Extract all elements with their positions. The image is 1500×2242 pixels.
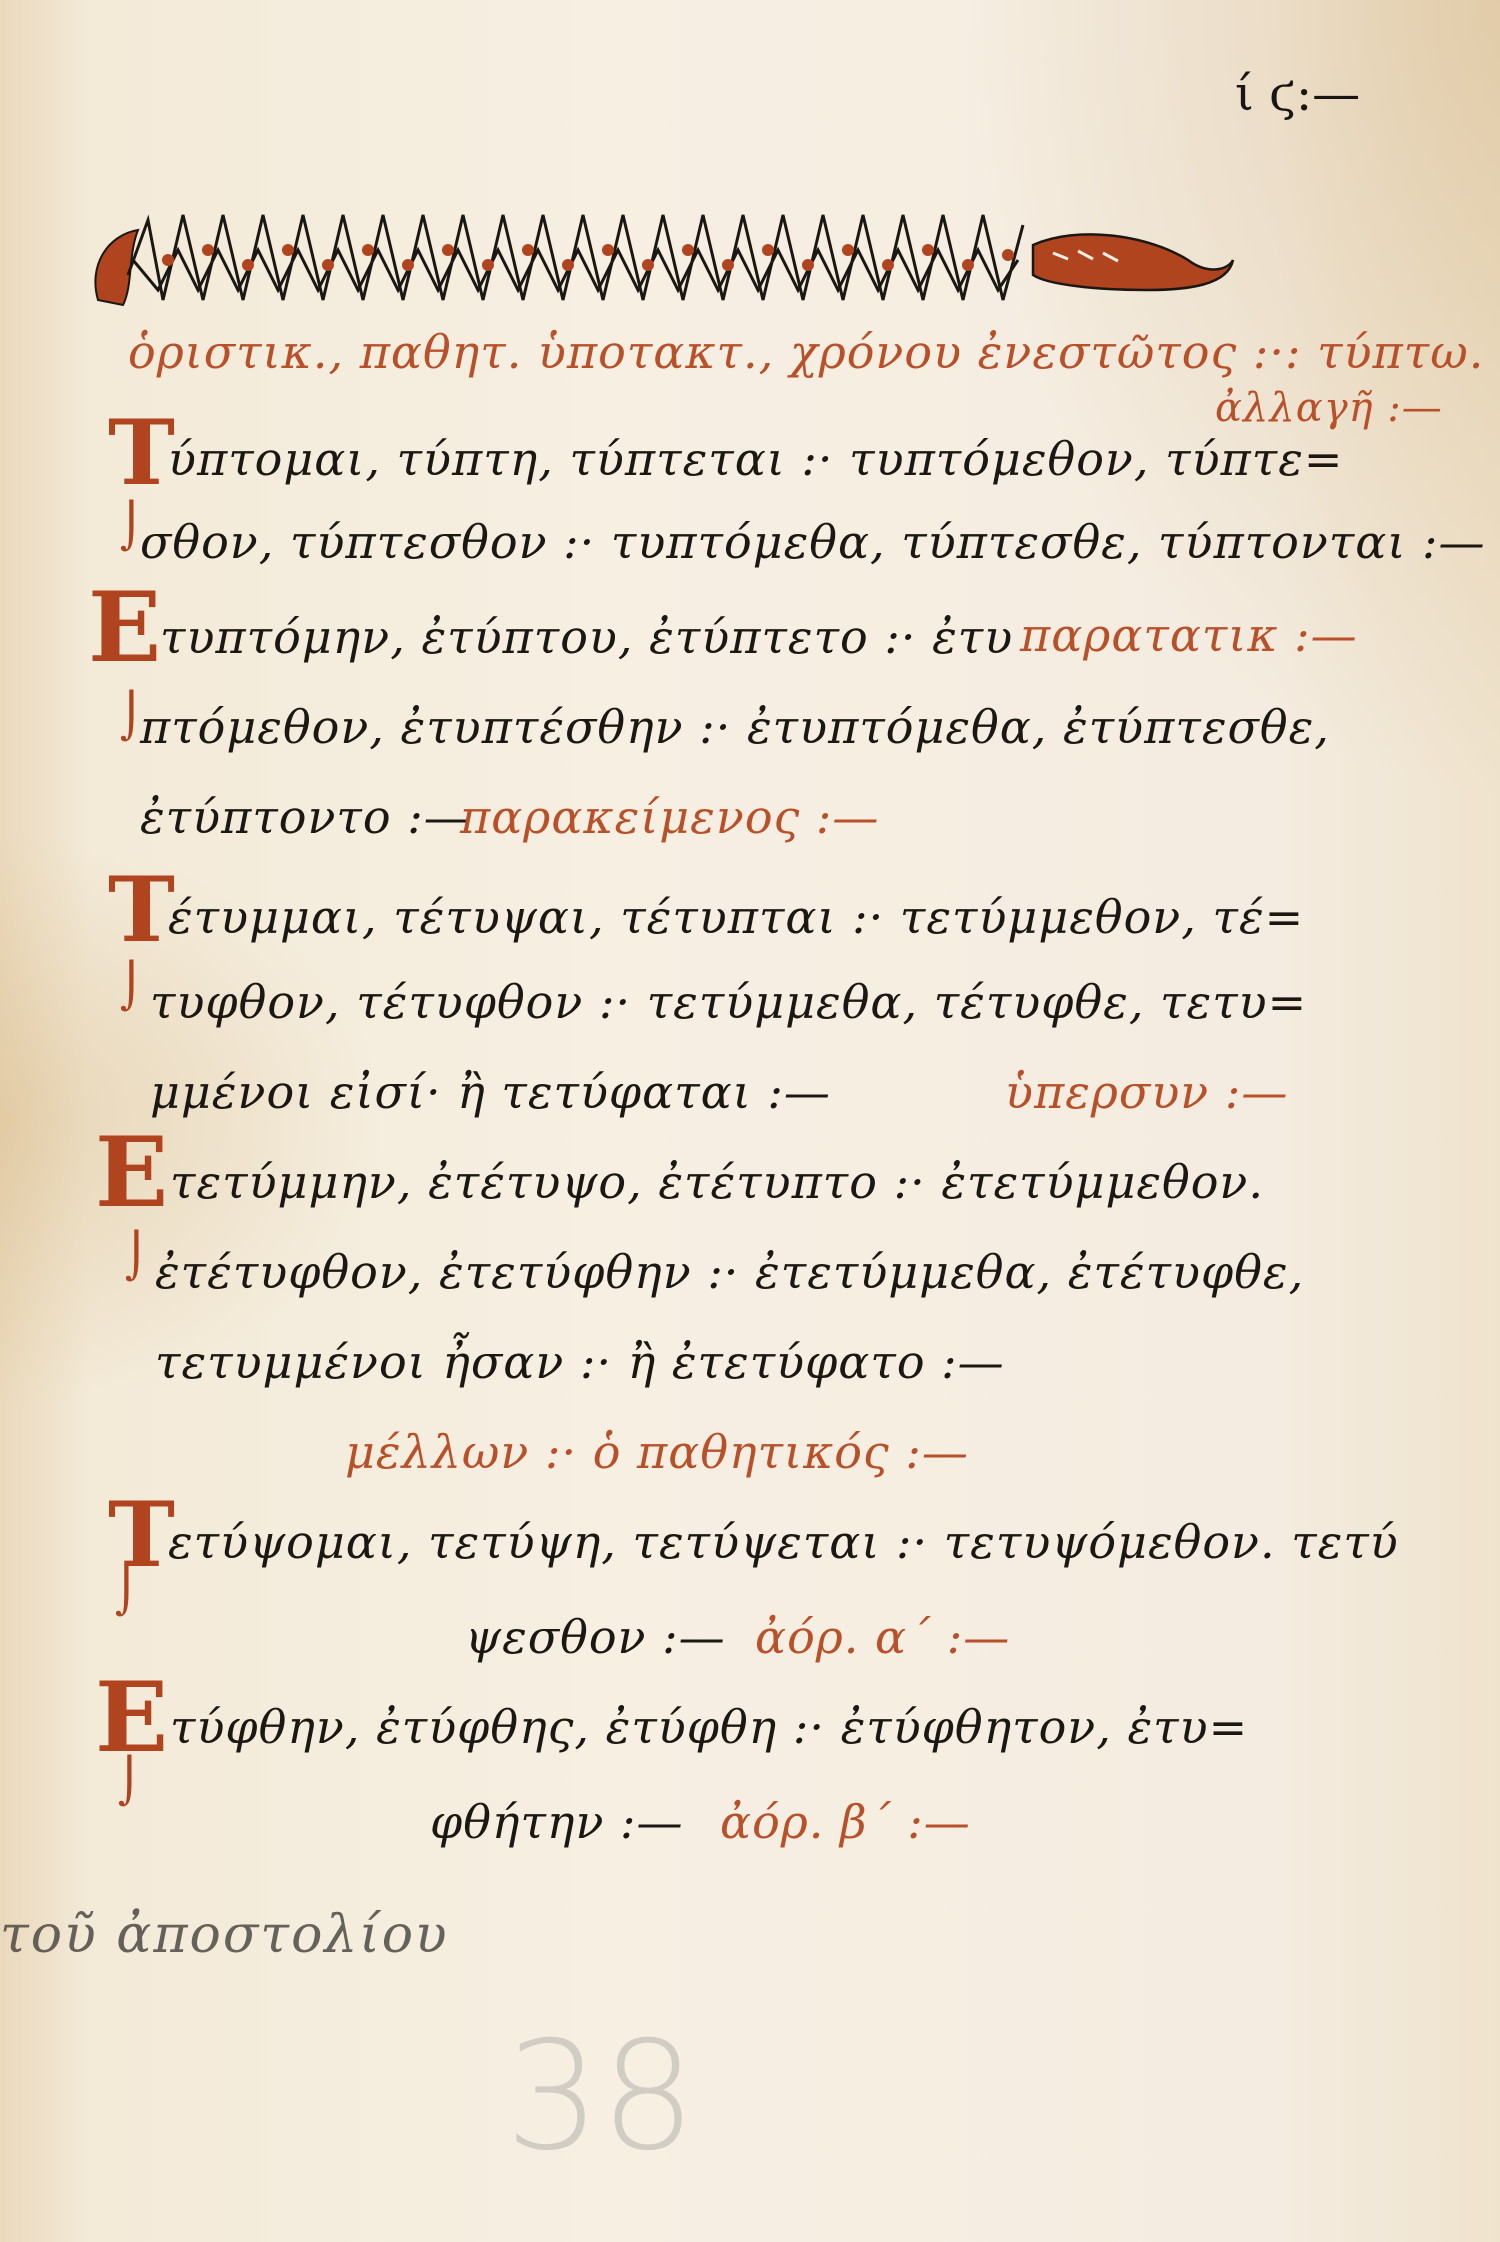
initial-letter: Τ [108,865,175,955]
decorative-headpiece [88,205,1238,315]
rubric-tense-label: παρατατικ :— [1020,608,1358,662]
manuscript-page: ί ϛ:— ὁριστικ., παθητ. ὑποτακτ., χρόνου… [0,0,1500,2242]
initial-letter: Τ [108,408,175,498]
text-line: μμένοι εἰσί· ἢ τετύφαται :— [150,1065,831,1119]
text-line: τύφθην, ἐτύφθης, ἐτύφθη :· ἐτύφθητον, ἐτ… [170,1700,1248,1754]
rubric-tense-label: ἀόρ. α΄ :— [755,1610,1010,1664]
text-line: τετυμμένοι ἦσαν :· ἢ ἐτετύφατο :— [155,1335,1005,1389]
text-line: σθον, τύπτεσθον :· τυπτόμεθα, τύπτεσθε, … [140,515,1485,569]
text-line: τετύμμην, ἐτέτυψο, ἐτέτυπτο :· ἐτετύμμεθ… [170,1155,1264,1209]
initial-tail: ⌡ [120,965,143,1009]
rubric-header-continuation: ἀλλαγῆ :— [1215,385,1443,431]
text-line: πτόμεθον, ἐτυπτέσθην :· ἐτυπτόμεθα, ἐτύπ… [140,700,1330,754]
initial-letter: Ε [88,580,161,676]
text-line: τυπτόμην, ἐτύπτου, ἐτύπτετο :· ἐτυ [160,610,1013,664]
text-line: ἐτύπτοντο :— [140,790,471,844]
rubric-tense-label: ἀόρ. β΄ :— [720,1795,971,1849]
text-line: έτυμμαι, τέτυψαι, τέτυπται :· τετύμμεθον… [168,890,1304,944]
initial-tail: ⌡ [115,1570,138,1614]
initial-letter: Ε [95,1125,168,1221]
rubric-tense-label: παρακείμενος :— [460,790,879,844]
text-line: τυφθον, τέτυφθον :· τετύμμεθα, τέτυφθε, … [150,975,1307,1029]
pencil-folio-number: 38 [505,2010,696,2184]
text-line: φθήτην :— [430,1795,684,1849]
initial-letter: Ε [95,1670,168,1766]
text-line: ύπτομαι, τύπτη, τύπτεται :· τυπτόμεθον, … [168,432,1343,486]
owner-inscription: τοῦ ἀποστολίου [0,1905,449,1965]
rubric-future-passive: μέλλων :· ὁ παθητικός :— [345,1425,969,1479]
initial-tail: ⌡ [118,1760,141,1804]
rubric-tense-label: ὑπερσυν :— [1005,1065,1288,1119]
initial-tail: ⌡ [125,1235,148,1279]
text-line: ἐτέτυφθον, ἐτετύφθην :· ἐτετύμμεθα, ἐτέτ… [155,1245,1304,1299]
text-line: ψεσθον :— [465,1610,726,1664]
rubric-header: ὁριστικ., παθητ. ὑποτακτ., χρόνου ἐνεστῶ… [128,325,1500,379]
text-line: ετύψομαι, τετύψη, τετύψεται :· τετυψόμεθ… [168,1515,1399,1569]
foliation-mark: ί ϛ:— [1235,70,1360,118]
